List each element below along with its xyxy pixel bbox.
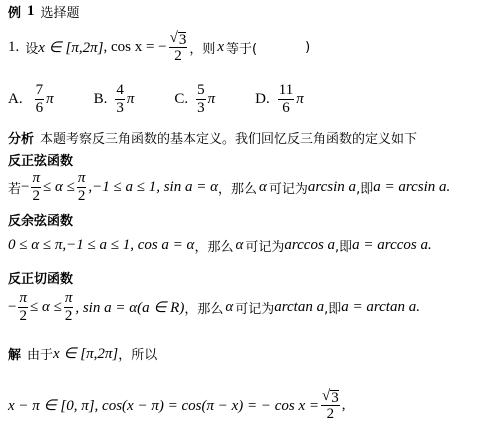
arcsin-upper-fraction: π2 xyxy=(77,170,87,205)
arcsin-heading: 反正弦函数 xyxy=(8,150,73,169)
option-a-label: A. xyxy=(8,91,23,108)
arcsin-neg: − xyxy=(21,179,29,196)
arcsin-definition: 若 − π2 ≤ α ≤ π2 ,−1 ≤ a ≤ 1, sin a = α ，… xyxy=(8,170,450,205)
question-prefix: 设 xyxy=(25,38,38,57)
arctan-upper-fraction: π2 xyxy=(64,290,74,325)
option-d-fraction: 116 xyxy=(278,82,294,117)
option-a-pi: π xyxy=(46,91,54,108)
solution-step-expr: x − π ∈ [0, π], cos(x − π) = cos(π − x) … xyxy=(8,396,319,415)
arctan-heading-text: 反正切函数 xyxy=(8,268,73,287)
arctan-heading: 反正切函数 xyxy=(8,268,73,287)
arccos-heading: 反余弦函数 xyxy=(8,210,73,229)
arcsin-func: arcsin a xyxy=(308,179,356,196)
arcsin-lower-fraction: π2 xyxy=(31,170,41,205)
analysis-line: 分析 本题考察反三角函数的基本定义。我们回忆反三角函数的定义如下 xyxy=(8,128,417,147)
option-c-label: C. xyxy=(174,91,188,108)
arcsin-eq: a = arcsin a. xyxy=(373,179,450,196)
example-title: 例 1 选择题 xyxy=(8,2,80,21)
arctan-lower-fraction: π2 xyxy=(18,290,28,325)
arccos-alpha: α xyxy=(235,237,243,254)
question-domain: x ∈ [π,2π] xyxy=(38,38,103,57)
solution-text: 由于 xyxy=(27,344,53,363)
options-row: A. 76 π B. 43 π C. 53 π D. 116 π xyxy=(8,82,304,117)
option-a-fraction: 76 xyxy=(35,82,45,117)
arccos-definition: 0 ≤ α ≤ π,−1 ≤ a ≤ 1, cos a = α ，那么 α 可记… xyxy=(8,236,432,255)
analysis-label: 分析 xyxy=(8,128,34,147)
question-var: x xyxy=(217,39,224,56)
arccos-text2: 可记为 xyxy=(245,236,284,255)
solution-end: , xyxy=(342,397,346,414)
question-line: 1. 设 x ∈ [π,2π] , cos x = − √3 2 ，则 x 等于… xyxy=(8,30,310,65)
arcsin-text: ，那么 xyxy=(218,178,257,197)
option-c-pi: π xyxy=(208,91,216,108)
fraction-denominator: 2 xyxy=(173,48,183,65)
solution-fraction: √3 2 xyxy=(321,388,340,422)
option-b-label: B. xyxy=(94,91,108,108)
analysis-text: 本题考察反三角函数的基本定义。我们回忆反三角函数的定义如下 xyxy=(40,128,417,147)
arccos-text: ，那么 xyxy=(194,236,233,255)
option-d-label: D. xyxy=(255,91,270,108)
arctan-definition: − π2 ≤ α ≤ π2 , sin a = α(a ∈ R) ，那么 α 可… xyxy=(8,290,420,325)
solution-domain: x ∈ [π,2π] xyxy=(53,344,118,363)
question-fraction: √3 2 xyxy=(169,30,188,65)
sqrt-radicand: 3 xyxy=(178,32,187,47)
arcsin-ineq: ≤ α ≤ xyxy=(43,179,75,196)
solution-step: x − π ∈ [0, π], cos(x − π) = cos(π − x) … xyxy=(8,388,346,422)
arcsin-prefix: 若 xyxy=(8,178,21,197)
question-close: ) xyxy=(305,40,310,55)
arctan-alpha: α xyxy=(225,299,233,316)
option-c-fraction: 53 xyxy=(196,82,206,117)
arctan-text2: 可记为 xyxy=(235,298,274,317)
arctan-neg: − xyxy=(8,299,16,316)
arctan-cond: , sin a = α(a ∈ R) xyxy=(75,298,184,317)
arcsin-heading-text: 反正弦函数 xyxy=(8,150,73,169)
arctan-func: arctan a xyxy=(274,299,324,316)
arcsin-alpha: α xyxy=(259,179,267,196)
question-number: 1. xyxy=(8,39,19,56)
arcsin-text2: 可记为 xyxy=(269,178,308,197)
example-label: 例 xyxy=(8,2,21,21)
solution-label: 解 xyxy=(8,344,21,363)
solution-line: 解 由于 x ∈ [π,2π] ，所以 xyxy=(8,344,157,363)
arccos-text3: ,即 xyxy=(335,236,352,255)
solution-text2: ，所以 xyxy=(118,344,157,363)
example-number: 1 xyxy=(27,3,35,20)
arcsin-range: ,−1 ≤ a ≤ 1, sin a = α xyxy=(88,179,218,196)
question-ask: 等于( xyxy=(226,38,257,57)
arcsin-text3: ,即 xyxy=(356,178,373,197)
arctan-text3: ,即 xyxy=(324,298,341,317)
arccos-cond: 0 ≤ α ≤ π,−1 ≤ a ≤ 1, cos a = α xyxy=(8,237,194,254)
arctan-text: ，那么 xyxy=(184,298,223,317)
option-d-pi: π xyxy=(296,91,304,108)
arccos-func: arccos a xyxy=(284,237,335,254)
arccos-eq: a = arccos a. xyxy=(352,237,432,254)
arccos-heading-text: 反余弦函数 xyxy=(8,210,73,229)
option-b-fraction: 43 xyxy=(115,82,125,117)
arctan-eq: a = arctan a. xyxy=(341,299,420,316)
option-b-pi: π xyxy=(127,91,135,108)
question-suffix: ，则 xyxy=(189,38,215,57)
arctan-ineq: ≤ α ≤ xyxy=(30,299,62,316)
example-title-text: 选择题 xyxy=(41,2,80,21)
question-cond: , cos x = − xyxy=(103,39,166,56)
